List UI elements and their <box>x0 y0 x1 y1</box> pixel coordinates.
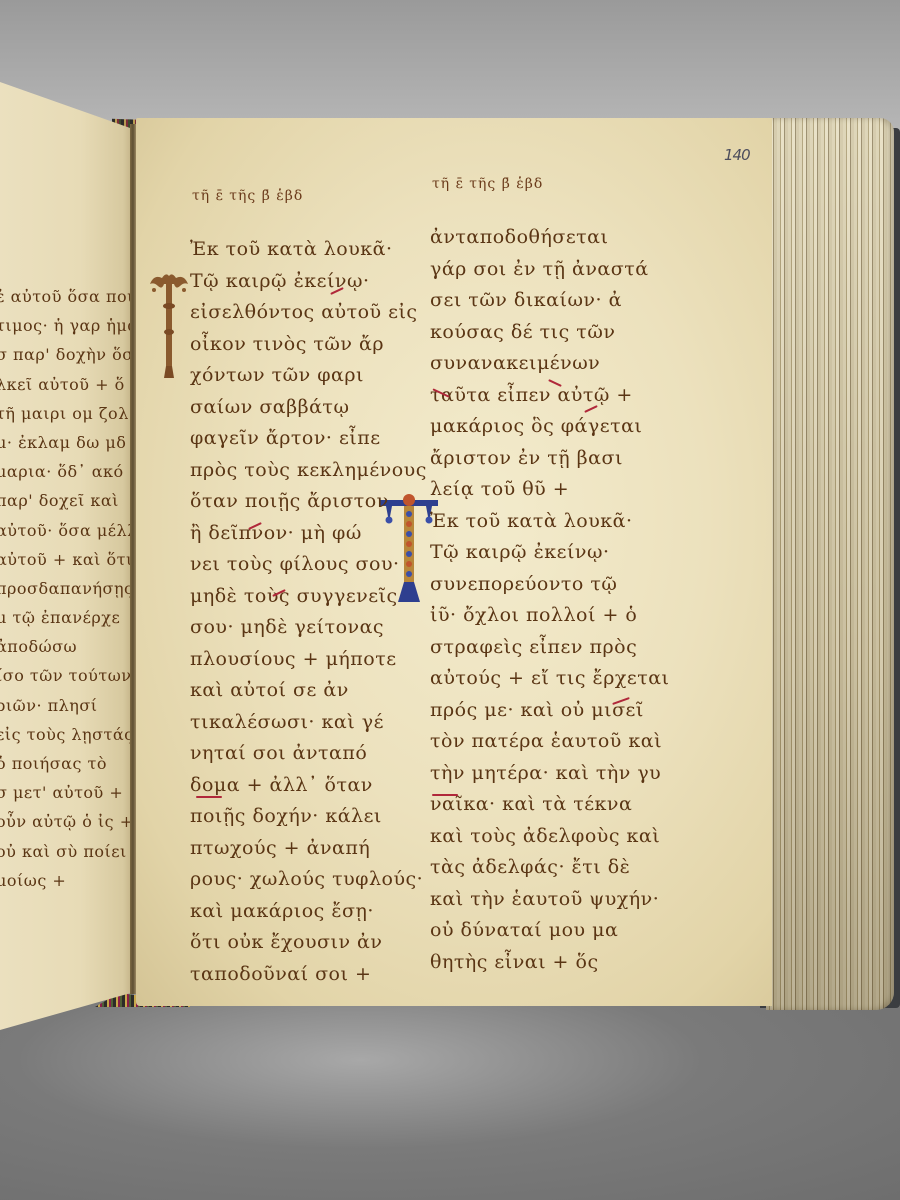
text-line: ποιῇς δοχήν· κάλει <box>190 801 427 833</box>
running-head-column-b: τῆ ε̄ τῆς β̄ ἑβδ <box>432 176 543 192</box>
text-line: νει τοὺς φίλους σου· <box>190 549 427 581</box>
text-line: Τῷ καιρῷ ἐκείνῳ· <box>190 266 427 298</box>
text-line: ρους· χωλούς τυφλούς· <box>190 864 427 896</box>
red-accent-mark <box>196 796 222 798</box>
text-line: εἰσελθόντος αὐτοῦ εἰς <box>190 297 427 329</box>
text-line: γάρ σοι ἐν τῇ ἀναστά <box>430 254 670 286</box>
text-line: πρός με· καὶ οὐ μισεῖ <box>430 695 670 727</box>
text-line: τὸν πατέρα ἑαυτοῦ καὶ <box>430 726 670 758</box>
text-line: ἢ δεῖπνον· μὴ φώ <box>190 518 427 550</box>
text-line: καὶ μακάριος ἔσῃ· <box>190 896 427 928</box>
text-line: καὶ τοὺς ἀδελφοὺς καὶ <box>430 821 670 853</box>
text-line: πτωχούς + ἀναπή <box>190 833 427 865</box>
text-line: οἶκον τινὸς τῶν ἄρ <box>190 329 427 361</box>
text-line: συνεπορεύοντο τῷ <box>430 569 670 601</box>
text-line: μακάριος ὃς φάγεται <box>430 411 670 443</box>
text-line: πλουσίους + μήποτε <box>190 644 427 676</box>
text-line: ναῖκα· καὶ τὰ τέκνα <box>430 789 670 821</box>
text-line: θητὴς εἶναι + ὅς <box>430 947 670 979</box>
text-line: ταῦτα εἶπεν αὐτῷ + <box>430 380 670 412</box>
text-line: σει τῶν δικαίων· ἀ <box>430 285 670 317</box>
left-page: ἐ αὐτοῦ ὅσα ποιεῖ ἰδίω τιμος· ἡ γαρ ἡμαυ… <box>0 82 134 1030</box>
text-line: σου· μηδὲ γείτονας <box>190 612 427 644</box>
column-b-text: ἀνταποδοθήσεται γάρ σοι ἐν τῇ ἀναστά σει… <box>430 222 670 978</box>
text-line: λείᾳ τοῦ θῦ + <box>430 474 670 506</box>
text-line: ἄριστον ἐν τῇ βασι <box>430 443 670 475</box>
text-line: στραφεὶς εἶπεν πρὸς <box>430 632 670 664</box>
text-line: δομα + ἀλλ᾽ ὅταν <box>190 770 427 802</box>
running-head-column-a: τῆ ε̄ τῆς β̄ ἑβδ <box>192 188 303 204</box>
text-line: πρὸς τοὺς κεκλημένους <box>190 455 427 487</box>
gutter <box>130 124 136 994</box>
text-line: Ἐκ τοῦ κατὰ λουκᾶ· <box>430 506 670 538</box>
text-line: μηδὲ τοὺς συγγενεῖς <box>190 581 427 613</box>
text-line: τὰς ἀδελφάς· ἔτι δὲ <box>430 852 670 884</box>
text-line: χόντων τῶν φαρι <box>190 360 427 392</box>
text-line: ἰῦ· ὄχλοι πολλοί + ὁ <box>430 600 670 632</box>
page-fore-edge-shading <box>766 118 894 1010</box>
folio-number: 140 <box>724 146 750 164</box>
text-line: ὅτι οὐκ ἔχουσιν ἀν <box>190 927 427 959</box>
text-line: ἀνταποδοθήσεται <box>430 222 670 254</box>
text-line: σαίων σαββάτῳ <box>190 392 427 424</box>
text-line: καὶ αὐτοί σε ἀν <box>190 675 427 707</box>
text-line: κούσας δέ τις τῶν <box>430 317 670 349</box>
column-a-text: Ἐκ τοῦ κατὰ λουκᾶ· Τῷ καιρῷ ἐκείνῳ· εἰσε… <box>190 234 427 990</box>
text-line: τικαλέσωσι· καὶ γέ <box>190 707 427 739</box>
table-surface <box>0 1000 900 1200</box>
text-line: αὐτούς + εἴ τις ἔρχεται <box>430 663 670 695</box>
text-line: Ἐκ τοῦ κατὰ λουκᾶ· <box>190 234 427 266</box>
text-line: ταποδοῦναί σοι + <box>190 959 427 991</box>
text-line: καὶ τὴν ἑαυτοῦ ψυχήν· <box>430 884 670 916</box>
illuminated-initial-tau-brown <box>146 270 192 382</box>
text-line: Τῷ καιρῷ ἐκείνῳ· <box>430 537 670 569</box>
text-line: τὴν μητέρα· καὶ τὴν γυ <box>430 758 670 790</box>
red-accent-mark <box>432 794 458 796</box>
text-line: οὐ δύναταί μου μα <box>430 915 670 947</box>
text-line: συνανακειμένων <box>430 348 670 380</box>
text-line: φαγεῖν ἄρτον· εἶπε <box>190 423 427 455</box>
text-line: νηταί σοι ἀνταπό <box>190 738 427 770</box>
text-line: ὅταν ποιῇς ἄριστον <box>190 486 427 518</box>
